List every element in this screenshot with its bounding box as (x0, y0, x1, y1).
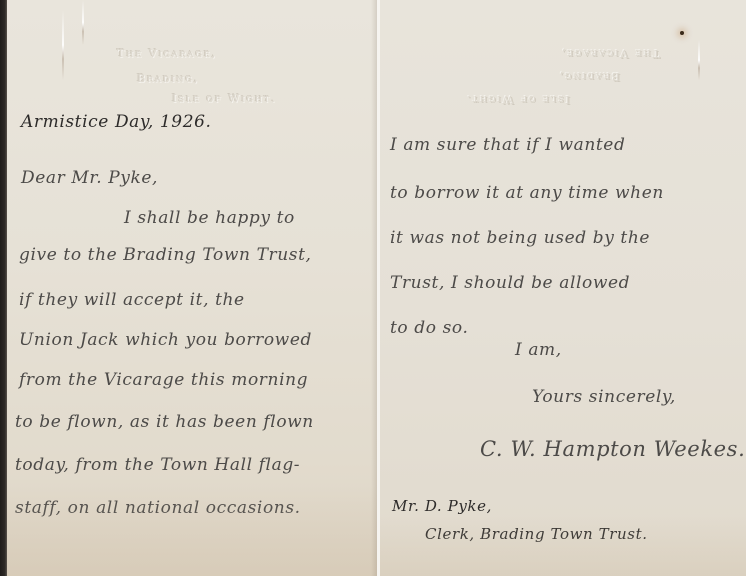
body-line: to do so. (390, 318, 468, 338)
addressee-title: Clerk, Brading Town Trust. (425, 525, 648, 543)
body-line: I shall be happy to (124, 208, 295, 228)
letterhead-line-1: The Vicarage, (560, 47, 660, 60)
closing-line-1: I am, (515, 340, 562, 360)
body-line: it was not being used by the (390, 228, 650, 248)
body-line: Trust, I should be allowed (390, 273, 630, 293)
addressee-name: Mr. D. Pyke, (392, 497, 492, 515)
letterhead-line-2: Brading, (558, 70, 620, 83)
body-line: to be flown, as it has been flown (15, 412, 314, 432)
letterhead-line-1: The Vicarage, (117, 47, 217, 60)
body-line: give to the Brading Town Trust, (19, 245, 312, 265)
letter-date: Armistice Day, 1926. (21, 112, 212, 132)
letter-page-2: The Vicarage, Brading, Isle of Wight. I … (380, 0, 746, 576)
letterhead-line-3: Isle of Wight. (465, 93, 570, 106)
letterhead-line-3: Isle of Wight. (172, 92, 277, 105)
letter-page-1: The Vicarage, Brading, Isle of Wight. Ar… (7, 0, 377, 576)
paper-crease (62, 10, 64, 80)
signature: C. W. Hampton Weekes. (480, 437, 745, 461)
salutation: Dear Mr. Pyke, (21, 168, 158, 188)
paper-crease (698, 40, 700, 80)
body-line: if they will accept it, the (19, 290, 245, 310)
closing-line-2: Yours sincerely, (532, 387, 676, 407)
body-line: from the Vicarage this morning (19, 370, 308, 390)
embossed-letterhead-reverse: The Vicarage, Brading, Isle of Wight. (460, 40, 660, 110)
body-line: Union Jack which you borrowed (19, 330, 312, 350)
paper-crease (82, 0, 84, 45)
body-line: today, from the Town Hall flag- (15, 455, 300, 475)
pin-hole (680, 31, 684, 35)
body-line: I am sure that if I wanted (390, 135, 625, 155)
body-line: to borrow it at any time when (390, 183, 664, 203)
body-line: staff, on all national occasions. (15, 498, 301, 518)
letterhead-line-2: Brading, (137, 72, 199, 85)
scan-edge (0, 0, 7, 576)
